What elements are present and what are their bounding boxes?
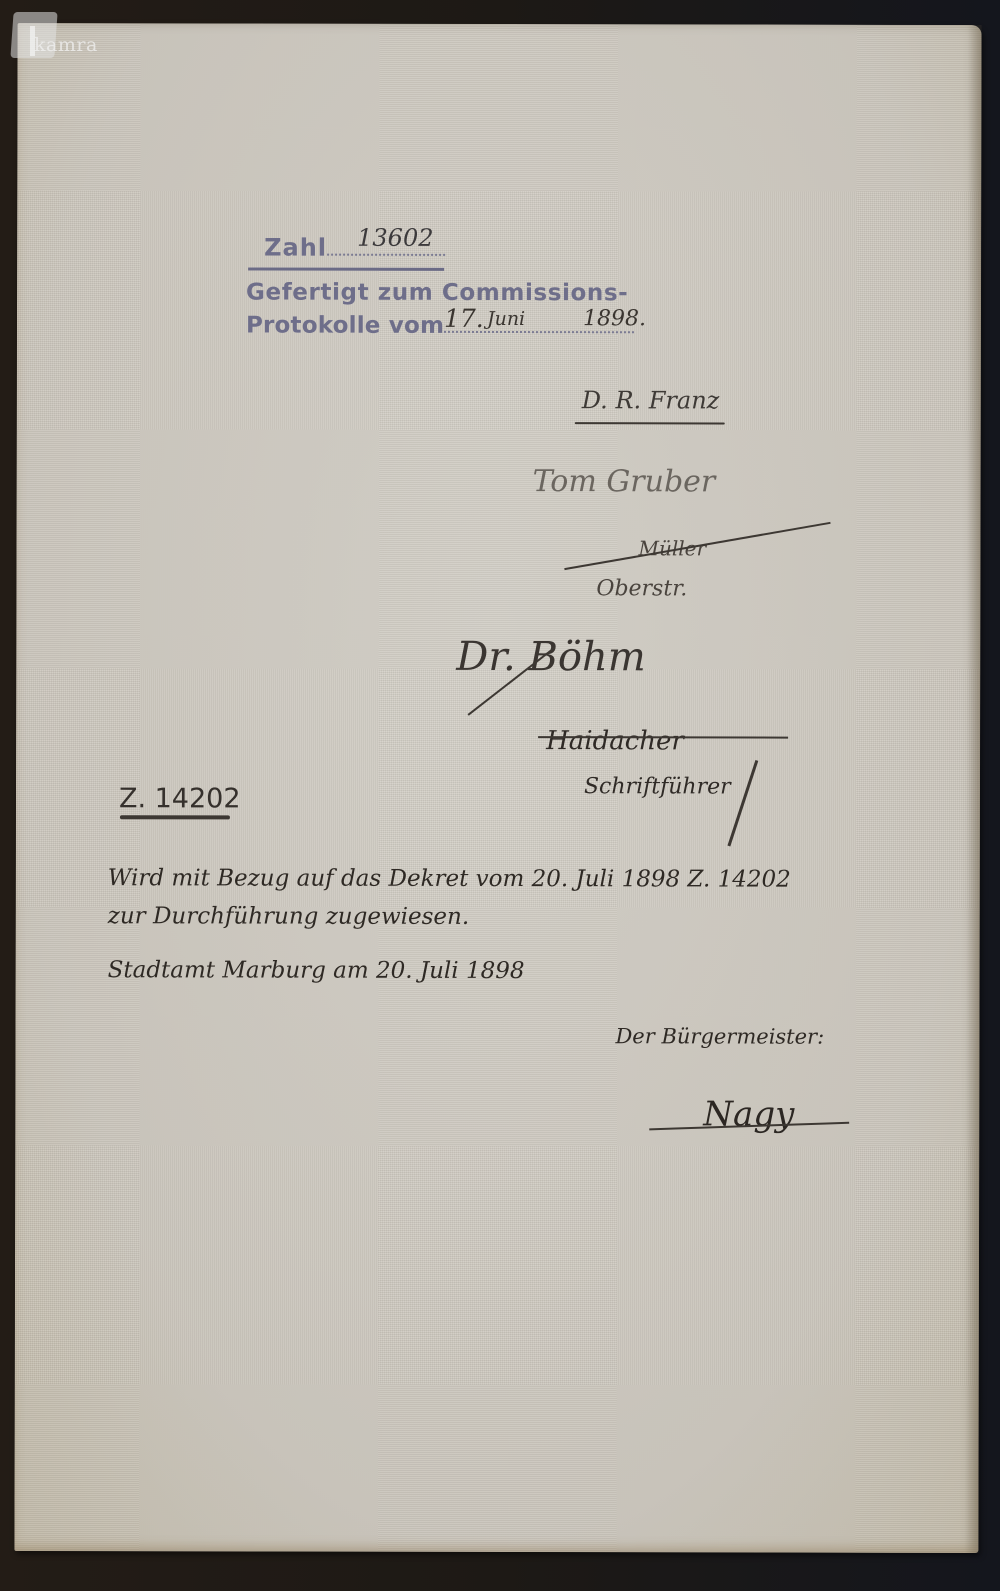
signature-mueller-title: Oberstr. (596, 576, 687, 601)
haidacher-bracket (727, 760, 758, 846)
stamp-date-month: Juni (487, 308, 525, 330)
document-cover: Zahl Gefertigt zum Commissions- Protokol… (14, 23, 981, 1553)
signature-haidacher: Haidacher (546, 726, 684, 756)
stamp-date-day: 17. (444, 304, 484, 333)
signature-mayor: Nagy (703, 1094, 794, 1134)
signature-gruber: Tom Gruber (533, 464, 716, 499)
signature-franz: D. R. Franz (582, 386, 720, 414)
stamp-date-year: 1898. (583, 306, 646, 331)
mueller-strike-line (564, 522, 830, 570)
note-line-2: zur Durchführung zugewiesen. (108, 903, 469, 930)
stamp-zahl-number: 13602 (357, 224, 433, 252)
kamra-watermark: kamra (34, 34, 98, 56)
note-line-4: Der Bürgermeister: (615, 1024, 824, 1048)
franz-underline (575, 422, 725, 424)
note-line-1: Wird mit Bezug auf das Dekret vom 20. Ju… (108, 865, 791, 892)
reference-underline (120, 815, 230, 819)
signature-haidacher-title: Schriftführer (584, 774, 731, 799)
stamp-protokolle-label: Protokolle vom (246, 312, 444, 338)
stamp-divider (248, 267, 444, 270)
stamp-line-2: Protokolle vom (246, 312, 634, 339)
note-line-3: Stadtamt Marburg am 20. Juli 1898 (108, 957, 525, 984)
signature-boehm: Dr. Böhm (456, 634, 646, 680)
stamp-line-1: Gefertigt zum Commissions- (246, 279, 628, 306)
stamp-zahl-label: Zahl (264, 234, 327, 262)
reference-number: Z. 14202 (119, 783, 241, 814)
